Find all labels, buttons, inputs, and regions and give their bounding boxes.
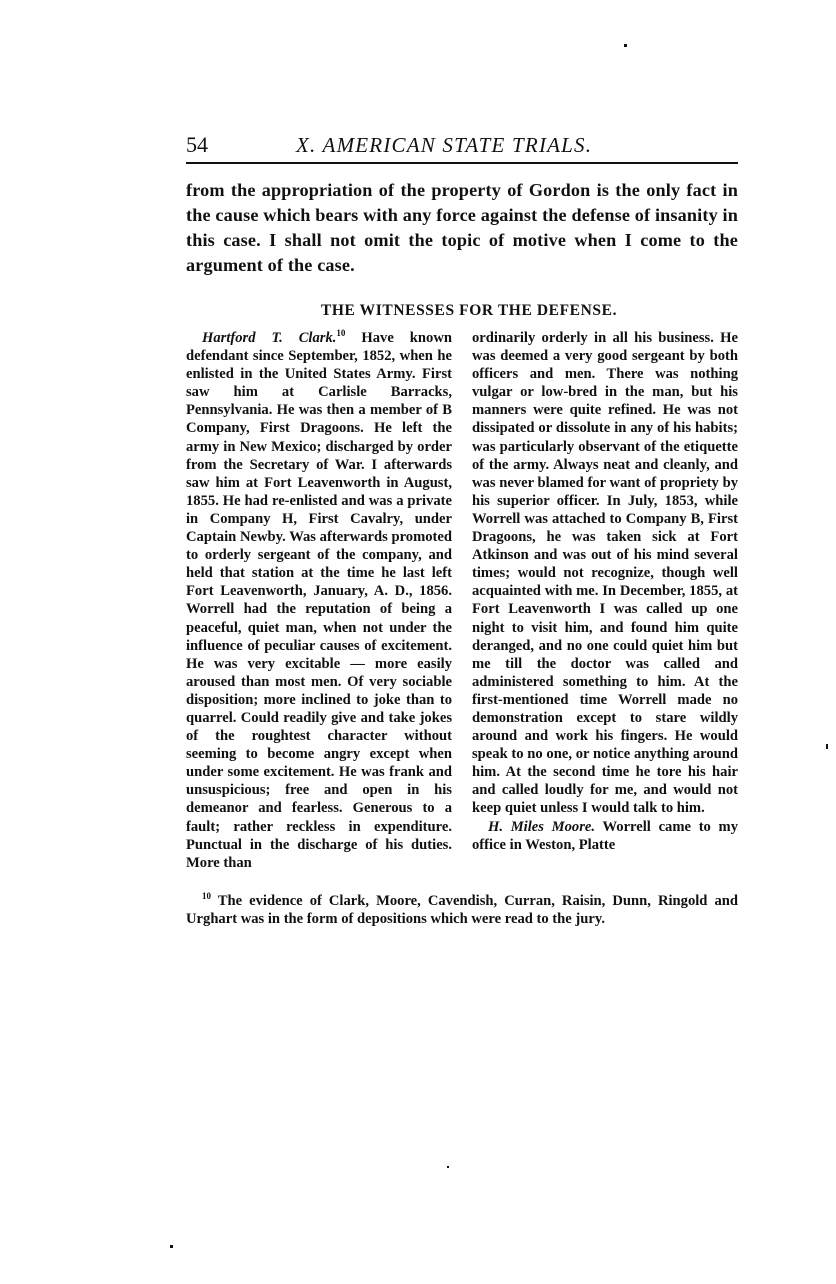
two-column-body: Hartford T. Clark.10 Have known defendan… <box>186 329 738 872</box>
moore-testimony: H. Miles Moore. Worrell came to my offic… <box>472 818 738 854</box>
running-title: X. AMERICAN STATE TRIALS. <box>296 130 592 160</box>
right-column: ordinarily orderly in all his busi­ness.… <box>472 329 738 872</box>
header-rule <box>186 162 738 164</box>
book-page: 54 X. AMERICAN STATE TRIALS. from the ap… <box>186 128 738 928</box>
footnote: 10 The evidence of Clark, Moore, Cavendi… <box>186 892 738 929</box>
witness-name-moore: H. Miles Moore. <box>488 819 595 835</box>
left-column: Hartford T. Clark.10 Have known defendan… <box>186 329 452 872</box>
footnote-marker: 10 <box>202 891 211 901</box>
scan-speck <box>447 1166 449 1168</box>
witness-name-clark: Hartford T. Clark. <box>202 330 336 346</box>
footnote-text: The evidence of Clark, Moore, Cavendish,… <box>186 893 738 927</box>
lead-paragraph: from the appropriation of the property o… <box>186 178 738 278</box>
scan-speck <box>826 744 828 749</box>
scan-speck <box>170 1245 173 1248</box>
clark-testimony-text-left: Have known defendant since Septem­ber, 1… <box>186 330 452 871</box>
page-number: 54 <box>186 130 208 160</box>
clark-testimony: Hartford T. Clark.10 Have known defendan… <box>186 329 452 872</box>
scan-speck <box>624 44 627 47</box>
section-heading: THE WITNESSES FOR THE DEFENSE. <box>186 300 738 322</box>
running-head: 54 X. AMERICAN STATE TRIALS. <box>186 128 738 158</box>
clark-testimony-continued: ordinarily orderly in all his busi­ness.… <box>472 329 738 818</box>
footnote-reference: 10 <box>336 328 345 338</box>
